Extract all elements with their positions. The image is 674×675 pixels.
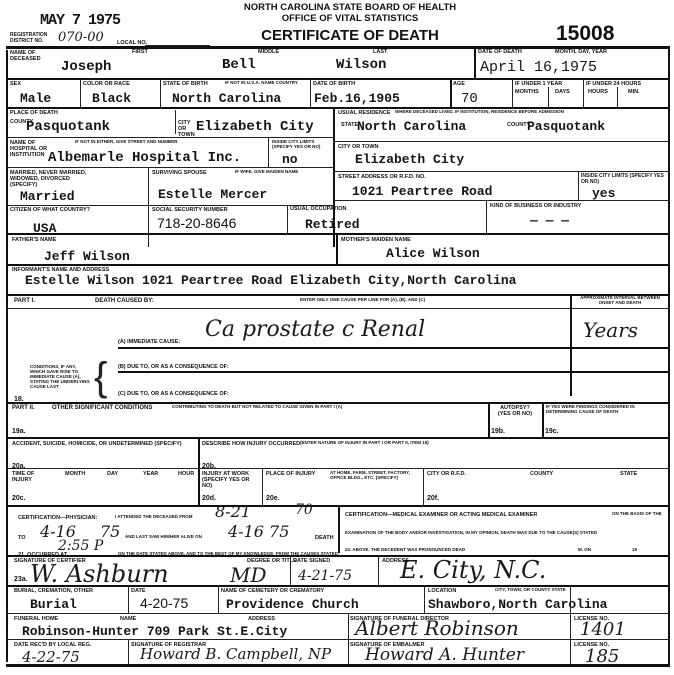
physician-cert-label: CERTIFICATION—PHYSICIAN: (18, 515, 97, 521)
immediate-cause-label: (a) IMMEDIATE CAUSE: (118, 339, 180, 345)
residence-hint: WHERE DECEASED LIVED. IF INSTITUTION, RE… (395, 110, 564, 115)
death-word: DEATH (315, 535, 334, 541)
death-city-label: CITY OR TOWN (178, 120, 198, 138)
attended-from-year: 70 (295, 502, 313, 518)
hospital-hint: IF NOT IN EITHER, GIVE STREET AND NUMBER (75, 140, 177, 145)
marital-label: MARRIED, NEVER MARRIED, WIDOWED, DIVORCE… (10, 170, 95, 188)
cemetery-name: Providence Church (226, 597, 359, 612)
sex-label: SEX (10, 81, 21, 87)
due-to-c-label: (c) DUE TO, OR AS A CONSEQUENCE OF: (118, 391, 229, 397)
first-name: Joseph (61, 59, 111, 75)
date-of-birth: Feb.16,1905 (314, 91, 400, 106)
injury-hour-label: HOUR (178, 471, 194, 477)
other-conditions-hint: CONTRIBUTING TO DEATH BUT NOT RELATED TO… (172, 405, 342, 410)
manner-label: ACCIDENT, SUICIDE, HOMICIDE, OR UNDETERM… (12, 441, 192, 447)
business-industry: — — — (530, 213, 569, 228)
me-year-suffix: 19 (632, 548, 637, 553)
certificate-number: 15008 (556, 22, 614, 46)
date-of-birth-label: DATE OF BIRTH (313, 81, 355, 87)
residence-state: North Carolina (357, 119, 466, 134)
funeral-home: Robinson-Hunter 709 Park St.E.City (22, 624, 287, 639)
race: Black (92, 91, 131, 106)
funeral-home-name-label: NAME (120, 616, 136, 622)
due-to-b-label: (b) DUE TO, OR AS A CONSEQUENCE OF: (118, 364, 229, 370)
sex: Male (20, 91, 51, 106)
ssn-label: SOCIAL SECURITY NUMBER (152, 207, 228, 213)
social-security-number: 718-20-8646 (157, 215, 236, 231)
cemetery-label: NAME OF CEMETERY OR CREMATORY (221, 588, 324, 594)
injury-city-label: CITY OR R.F.D. (427, 471, 466, 477)
date-of-death: April 16,1975 (480, 59, 597, 76)
funeral-home-address-label: ADDRESS (248, 616, 275, 622)
death-county: Pasquotank (26, 119, 110, 135)
age: 70 (461, 91, 478, 107)
father-label: FATHER'S NAME (12, 237, 56, 243)
me-text-2: EXAMINATION OF THE BODY AND/OR INVESTIGA… (345, 531, 597, 536)
under-24-hours-label: IF UNDER 24 HOURS (586, 81, 641, 87)
physician-degree: MD (230, 563, 267, 587)
agency-line-1: NORTH CAROLINA STATE BOARD OF HEALTH (230, 2, 470, 13)
one-cause-hint: ENTER ONLY ONE CAUSE PER LINE FOR (a), (… (300, 298, 425, 303)
place-of-death-label: PLACE OF DEATH (10, 110, 58, 116)
name-label: NAME OF DECEASED (10, 50, 45, 62)
age-label: AGE (453, 81, 465, 87)
attended-text: I ATTENDED THE DECEASED FROM (115, 515, 193, 520)
injury-state-label: STATE (620, 471, 637, 477)
physician-signature: W. Ashburn (30, 560, 169, 588)
informant: Estelle Wilson 1021 Peartree Road Elizab… (25, 273, 516, 288)
findings-label: IF YES WERE FINDINGS CONSIDERED IN DETER… (546, 405, 666, 415)
disposition-method: Burial (30, 597, 77, 612)
receipt-date-stamp: MAY 7 1975 (40, 12, 120, 29)
business-label: KIND OF BUSINESS OR INDUSTRY (490, 203, 581, 209)
conditions-note: CONDITIONS, IF ANY, WHICH GAVE RISE TO I… (30, 365, 90, 390)
residence-city-label: CITY OR TOWN (338, 144, 378, 150)
race-label: COLOR OR RACE (83, 81, 130, 87)
state-of-birth-label: STATE OF BIRTH (163, 81, 208, 87)
me-text-3: 22. ABOVE. THE DECEDENT WAS PRONOUNCED D… (345, 548, 465, 553)
embalmer-signature: Howard A. Hunter (365, 645, 524, 665)
residence-state-label: STATE (341, 122, 358, 128)
under-1-year-label: IF UNDER 1 YEAR (515, 81, 562, 87)
funeral-director-signature: Albert Robinson (355, 616, 519, 640)
residence-county: Pasquotank (527, 119, 605, 134)
state-of-birth: North Carolina (172, 91, 281, 106)
first-label: FIRST (132, 49, 148, 55)
disposition-method-label: BURIAL, CREMATION, OTHER (14, 588, 93, 594)
residence-city: Elizabeth City (355, 152, 464, 167)
state-of-birth-hint: IF NOT IN U.S.A. NAME COUNTRY (225, 81, 298, 86)
death-inside-city-label: INSIDE CITY LIMITS (SPECIFY YES OR NO) (272, 140, 332, 150)
cause-interval: Years (583, 318, 638, 342)
injury-at-work-label: INJURY AT WORK (SPECIFY YES OR NO) (202, 471, 257, 489)
mother-label: MOTHER'S MAIDEN NAME (341, 237, 411, 243)
citizen-label: CITIZEN OF WHAT COUNTRY? (10, 207, 90, 213)
describe-injury-label: DESCRIBE HOW INJURY OCCURRED (202, 441, 300, 447)
mother-maiden-name: Alice Wilson (386, 246, 480, 261)
injury-day-label: DAY (107, 471, 118, 477)
death-city: Elizabeth City (196, 119, 314, 135)
certificate-title: CERTIFICATE OF DEATH (230, 27, 470, 44)
last-name: Wilson (336, 57, 386, 73)
injury-year-label: YEAR (143, 471, 158, 477)
disposition-date-label: DATE (131, 588, 146, 594)
location-hint: CITY, TOWN, OR COUNTY STATE (495, 588, 566, 593)
district-number: 070-00 (58, 30, 104, 45)
date-signed: 4-21-75 (298, 568, 352, 584)
describe-injury-hint: (ENTER NATURE OF INJURY IN PART I OR PAR… (300, 441, 429, 446)
injury-place-label: PLACE OF INJURY (266, 471, 315, 477)
spouse-hint: IF WIFE, GIVE MAIDEN NAME (235, 170, 298, 175)
father-name: Jeff Wilson (44, 249, 130, 264)
hospital-label: NAME OF HOSPITAL OR INSTITUTION (10, 140, 50, 158)
attended-from-date: 8-21 (215, 502, 251, 521)
last-saw-text: AND LAST SAW HIM/HER ALIVE ON (125, 535, 202, 540)
occupation-label: USUAL OCCUPATION (290, 206, 347, 212)
spouse-label: SURVIVING SPOUSE (152, 170, 207, 176)
injury-place-hint: AT HOME, FARM, STREET, FACTORY, OFFICE B… (330, 471, 420, 481)
injury-county-label: COUNTY (530, 471, 553, 477)
date-of-death-hint: MONTH, DAY, YEAR (555, 49, 607, 55)
death-caused-by-label: DEATH CAUSED BY: (95, 298, 154, 305)
part-1-label: PART I. (14, 298, 35, 305)
registrar-signature: Howard B. Campbell, NP (140, 645, 331, 663)
physician-address: E. City, N.C. (400, 556, 546, 584)
injury-time-label: TIME OF INJURY (12, 471, 42, 483)
injury-month-label: MONTH (65, 471, 85, 477)
residence-street: 1021 Peartree Road (352, 184, 492, 199)
hours-label: HOURS (588, 89, 608, 95)
disposition-date: 4-20-75 (140, 595, 188, 611)
min-label: MIN. (628, 89, 640, 95)
middle-name: Bell (222, 57, 256, 73)
marital-status: Married (20, 189, 75, 204)
part-2-label: PART II. (12, 405, 35, 412)
residence-inside-city: yes (592, 186, 615, 201)
residence-street-label: STREET ADDRESS OR R.F.D. No. (338, 174, 426, 180)
to-label: TO (18, 535, 26, 541)
residence-inside-city-label: INSIDE CITY LIMITS (SPECIFY YES OR NO) (581, 174, 666, 185)
residence-label: USUAL RESIDENCE (338, 110, 390, 116)
other-conditions-label: OTHER SIGNIFICANT CONDITIONS (52, 405, 152, 412)
last-saw-date: 4-16 75 (228, 522, 289, 541)
director-license-number: 1401 (580, 619, 626, 640)
registration-district-label: REGISTRATION DISTRICT NO. (10, 33, 55, 44)
date-of-death-label: DATE OF DEATH (478, 49, 522, 55)
hospital-name: Albemarle Hospital Inc. (48, 150, 241, 166)
immediate-cause: Ca prostate c Renal (205, 317, 425, 342)
last-label: LAST (373, 49, 387, 55)
agency-line-2: OFFICE OF VITAL STATISTICS (230, 13, 470, 24)
me-text-1: ON THE BASIS OF THE (612, 512, 662, 517)
surviving-spouse: Estelle Mercer (158, 187, 267, 202)
occurred-time: 2:55 P (58, 538, 103, 554)
burial-location: Shawboro,North Carolina (428, 597, 607, 612)
funeral-home-label: FUNERAL HOME (14, 616, 58, 622)
middle-label: MIDDLE (258, 49, 279, 55)
days-label: DAYS (555, 89, 570, 95)
location-label: LOCATION (428, 588, 456, 594)
occupation: Retired (305, 217, 360, 232)
date-signed-label: DATE SIGNED (293, 558, 330, 564)
brace-icon: { (94, 355, 107, 400)
me-m-on: M. ON (578, 548, 591, 553)
autopsy-label: AUTOPSY? (YES OR NO) (495, 405, 535, 417)
death-inside-city: no (282, 152, 298, 167)
me-cert-label: CERTIFICATION—MEDICAL EXAMINER OR ACTING… (345, 512, 537, 518)
months-label: MONTHS (515, 89, 539, 95)
interval-label: APPROXIMATE INTERVAL BETWEEN ONSET AND D… (575, 296, 665, 306)
